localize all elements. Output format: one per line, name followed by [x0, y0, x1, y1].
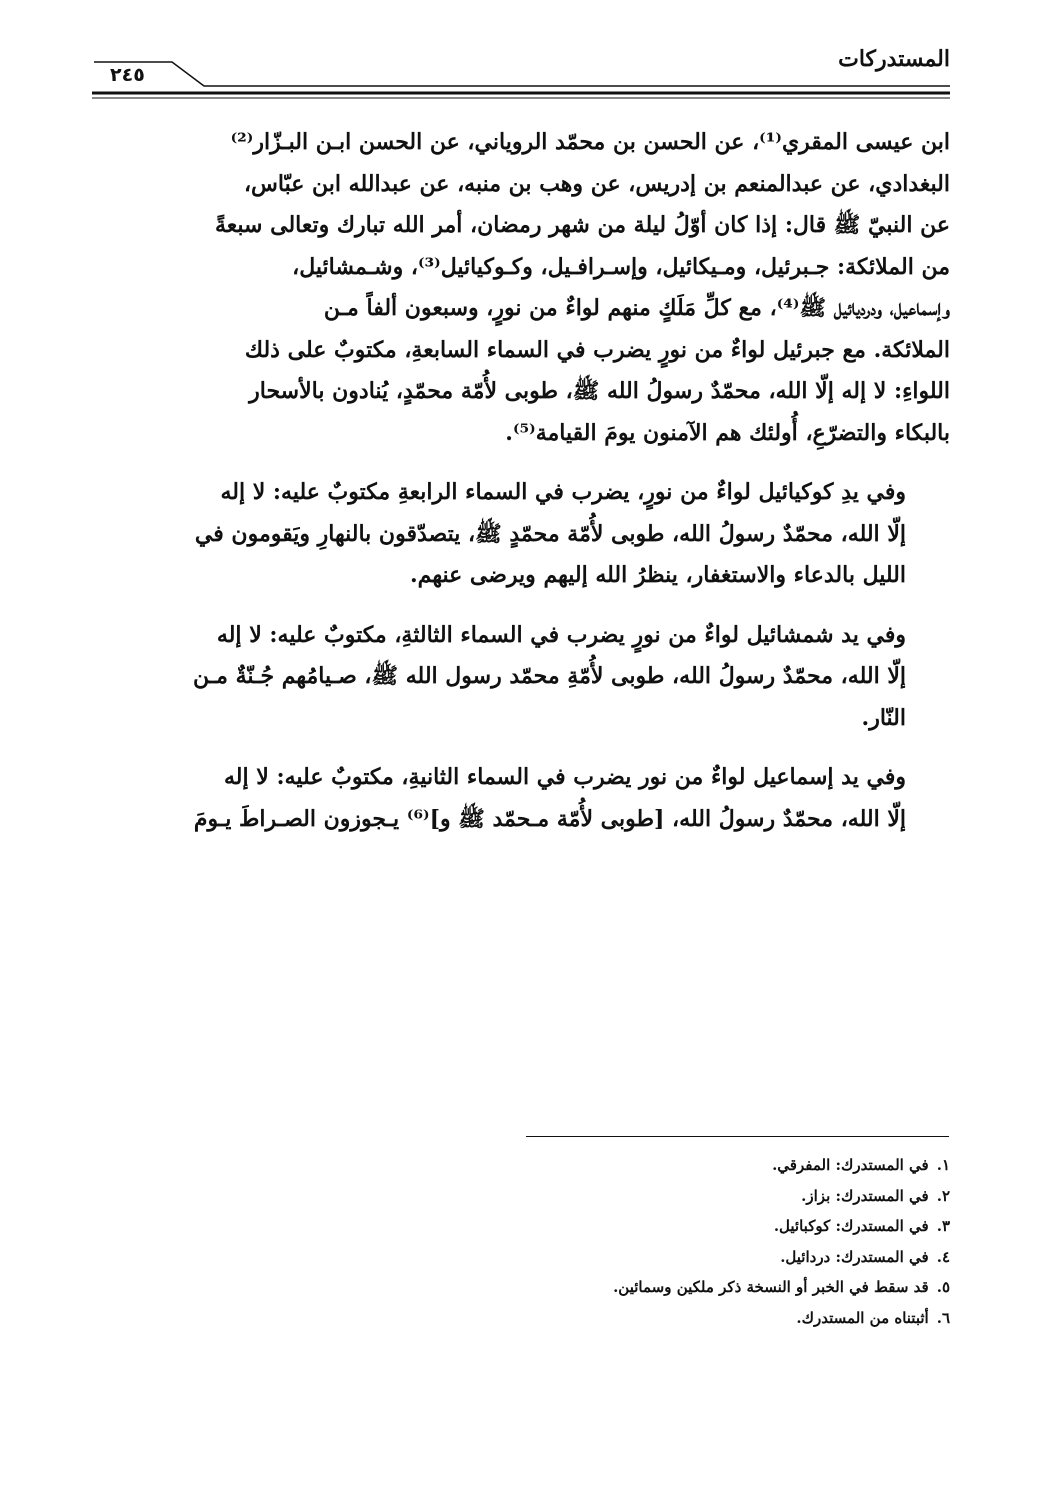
footnote-separator [526, 1136, 949, 1137]
footnote-text: في المستدرك: بزاز. [801, 1187, 929, 1205]
footnote-text: أثبتناه من المستدرك. [796, 1309, 928, 1327]
text-line: وفي يدِ كوكيائيل لواءٌ من نورٍ، يضرب في … [92, 472, 950, 514]
footnote-text: في المستدرك: كوكبائيل. [774, 1217, 929, 1235]
footnote-item: ٦.أثبتناه من المستدرك. [300, 1303, 950, 1334]
paragraph: ابن عيسى المقري⁽¹⁾، عن الحسن بن محمّد ال… [92, 122, 950, 454]
paragraph: وفي يدِ كوكيائيل لواءٌ من نورٍ، يضرب في … [92, 472, 950, 597]
text-line: إلّا الله، محمّدٌ رسولُ الله، طوبى لأُمّ… [92, 514, 950, 556]
text-line: إلّا الله، محمّدٌ رسولُ الله، طوبى لأُمّ… [92, 656, 950, 698]
text-line: الملائكة. مع جبرئيل لواءٌ من نورٍ يضرب ف… [92, 330, 950, 372]
text-line: اللواءِ: لا إله إلّا الله، محمّدٌ رسولُ … [92, 371, 950, 413]
text-line: بالبكاء والتضرّعِ، أُولئك هم الآمنون يوم… [92, 413, 950, 455]
footnote-text: قد سقط في الخبر أو النسخة ذكر ملكين وسما… [613, 1278, 929, 1296]
text-line: من الملائكة: جـبرئيل، ومـيكائيل، وإسـراف… [92, 247, 950, 289]
text-line: وفي يد إسماعيل لواءٌ من نور يضرب في السم… [92, 757, 950, 799]
paragraph: وفي يد إسماعيل لواءٌ من نور يضرب في السم… [92, 757, 950, 840]
running-title: المستدركات [838, 46, 950, 72]
footnote-text: في المستدرك: المفرقي. [772, 1156, 929, 1174]
footnote-item: ٥.قد سقط في الخبر أو النسخة ذكر ملكين وس… [300, 1272, 950, 1303]
footnote-item: ١.في المستدرك: المفرقي. [300, 1150, 950, 1181]
text-line: الليل بالدعاء والاستغفار، ينظرُ الله إلي… [92, 555, 950, 597]
footnote-number: ٤. [937, 1248, 950, 1266]
footnote-item: ٤.في المستدرك: دردائيل. [300, 1242, 950, 1273]
text-line: وإسماعيل، ودردیائیل ﷺ⁽⁴⁾، مع كلِّ مَلَكٍ… [92, 288, 950, 330]
text-line: البغدادي، عن عبدالمنعم بن إدريس، عن وهب … [92, 164, 950, 206]
footnote-number: ٣. [937, 1217, 950, 1235]
footnote-number: ١. [937, 1156, 950, 1174]
footnote-item: ٢.في المستدرك: بزاز. [300, 1181, 950, 1212]
paragraph: وفي يد شمشائيل لواءٌ من نورٍ يضرب في الس… [92, 615, 950, 740]
book-page: المستدركات ٢٤٥ ابن عيسى المقري⁽¹⁾، عن ال… [0, 0, 1041, 1490]
text-line: وفي يد شمشائيل لواءٌ من نورٍ يضرب في الس… [92, 615, 950, 657]
footnote-item: ٣.في المستدرك: كوكبائيل. [300, 1211, 950, 1242]
footnote-number: ٥. [937, 1278, 950, 1296]
text-line: عن النبيّ ﷺ قال: إذا كان أوّلُ ليلة من ش… [92, 205, 950, 247]
footnote-number: ٢. [937, 1187, 950, 1205]
text-line: النّار. [92, 698, 950, 740]
text-line: إلّا الله، محمّدٌ رسولُ الله، [طوبى لأُم… [92, 799, 950, 841]
page-header: المستدركات ٢٤٥ [92, 40, 950, 100]
footnotes: ١.في المستدرك: المفرقي. ٢.في المستدرك: ب… [300, 1150, 950, 1333]
footnote-number: ٦. [937, 1309, 950, 1327]
text-line: ابن عيسى المقري⁽¹⁾، عن الحسن بن محمّد ال… [92, 122, 950, 164]
header-rule-decoration [92, 40, 950, 100]
page-number: ٢٤٥ [110, 64, 145, 86]
footnote-text: في المستدرك: دردائيل. [780, 1248, 929, 1266]
main-text: ابن عيسى المقري⁽¹⁾، عن الحسن بن محمّد ال… [92, 122, 950, 840]
